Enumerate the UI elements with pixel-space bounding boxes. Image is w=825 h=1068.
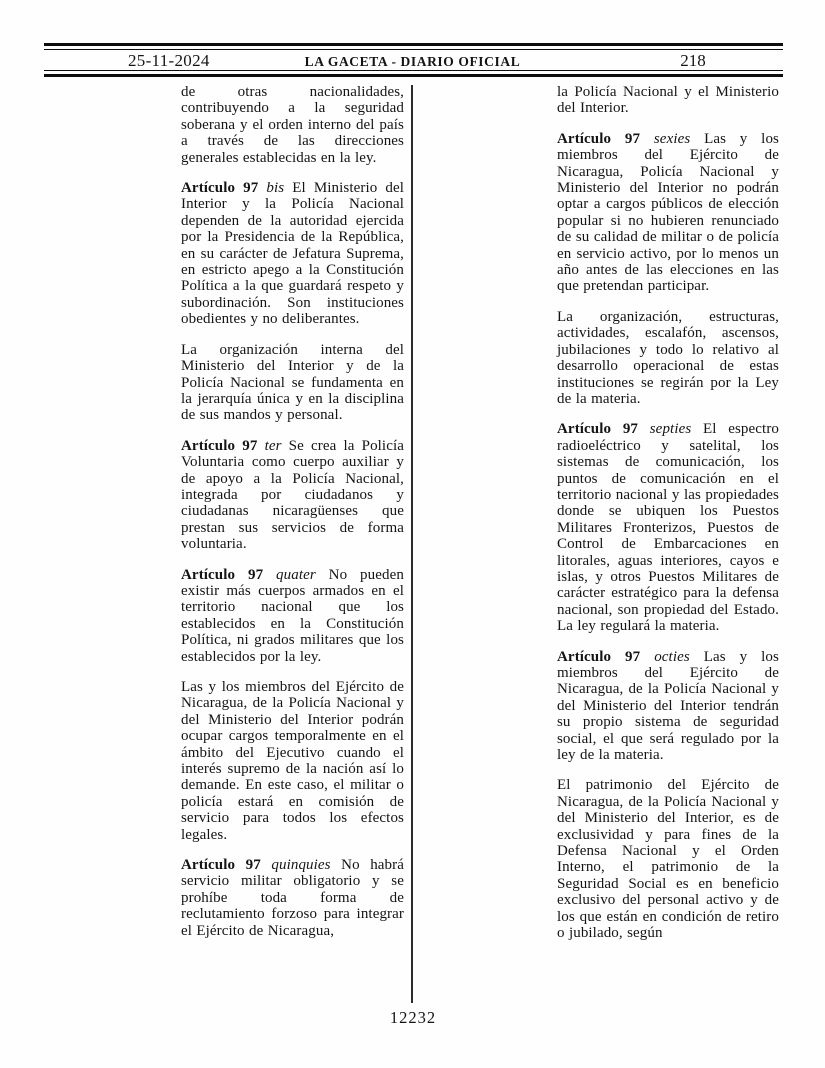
right-column: la Policía Nacional y el Ministerio del … bbox=[557, 84, 779, 956]
article-term: ter bbox=[265, 438, 282, 454]
paragraph: Las y los miembros del Ejército de Nicar… bbox=[181, 679, 404, 843]
left-column: de otras nacionalidades, contribuyendo a… bbox=[181, 84, 404, 953]
column-divider-rule bbox=[411, 85, 413, 1003]
article-number: Artículo 97 bbox=[181, 857, 261, 873]
article-term: sexies bbox=[654, 131, 690, 147]
paragraph-text: Se crea la Policía Voluntaria como cuerp… bbox=[181, 438, 404, 552]
article-term: bis bbox=[266, 180, 284, 196]
article-number: Artículo 97 bbox=[557, 421, 638, 437]
article-number: Artículo 97 bbox=[181, 438, 257, 454]
article-term: quater bbox=[276, 567, 316, 583]
paragraph-articulo-97-quinquies: Artículo 97 quinquies No habrá servicio … bbox=[181, 857, 404, 939]
article-number: Artículo 97 bbox=[181, 180, 258, 196]
gazette-page: 25-11-2024 LA GACETA - DIARIO OFICIAL 21… bbox=[0, 0, 825, 1068]
article-term: septies bbox=[650, 421, 692, 437]
header-bottom-thick-rule bbox=[44, 74, 783, 77]
article-term: octies bbox=[654, 649, 690, 665]
article-number: Artículo 97 bbox=[557, 649, 640, 665]
paragraph-text: El espectro radioeléctrico y satelital, … bbox=[557, 421, 779, 634]
header-top-thin-rule bbox=[44, 49, 783, 50]
paragraph-text: Las y los miembros del Ejército de Nicar… bbox=[557, 131, 779, 295]
paragraph: El patrimonio del Ejército de Nicaragua,… bbox=[557, 777, 779, 941]
paragraph-text: de otras nacionalidades, contribuyendo a… bbox=[181, 84, 404, 166]
paragraph-articulo-97-octies: Artículo 97 octies Las y los miembros de… bbox=[557, 649, 779, 764]
paragraph-text: Las y los miembros del Ejército de Nicar… bbox=[557, 649, 779, 763]
paragraph: La organización interna del Ministerio d… bbox=[181, 342, 404, 424]
paragraph-text: Las y los miembros del Ejército de Nicar… bbox=[181, 679, 404, 843]
article-term: quinquies bbox=[271, 857, 330, 873]
paragraph-text: El patrimonio del Ejército de Nicaragua,… bbox=[557, 777, 779, 941]
paragraph: La organización, estructuras, actividade… bbox=[557, 309, 779, 407]
article-number: Artículo 97 bbox=[557, 131, 640, 147]
paragraph-text: La organización interna del Ministerio d… bbox=[181, 342, 404, 424]
footer-folio-number: 12232 bbox=[338, 1008, 488, 1028]
paragraph-articulo-97-ter: Artículo 97 ter Se crea la Policía Volun… bbox=[181, 438, 404, 553]
article-number: Artículo 97 bbox=[181, 567, 263, 583]
paragraph-articulo-97-septies: Artículo 97 septies El espectro radioelé… bbox=[557, 421, 779, 634]
paragraph-text: la Policía Nacional y el Ministerio del … bbox=[557, 84, 779, 116]
paragraph-continuation: de otras nacionalidades, contribuyendo a… bbox=[181, 84, 404, 166]
header-page-number: 218 bbox=[643, 51, 743, 71]
paragraph-articulo-97-sexies: Artículo 97 sexies Las y los miembros de… bbox=[557, 131, 779, 295]
paragraph-text: El Ministerio del Interior y la Policía … bbox=[181, 180, 404, 327]
paragraph-continuation: la Policía Nacional y el Ministerio del … bbox=[557, 84, 779, 117]
paragraph-text: La organización, estructuras, actividade… bbox=[557, 309, 779, 407]
header-top-thick-rule bbox=[44, 43, 783, 46]
paragraph-articulo-97-quater: Artículo 97 quater No pueden existir más… bbox=[181, 567, 404, 665]
paragraph-articulo-97-bis: Artículo 97 bis El Ministerio del Interi… bbox=[181, 180, 404, 328]
